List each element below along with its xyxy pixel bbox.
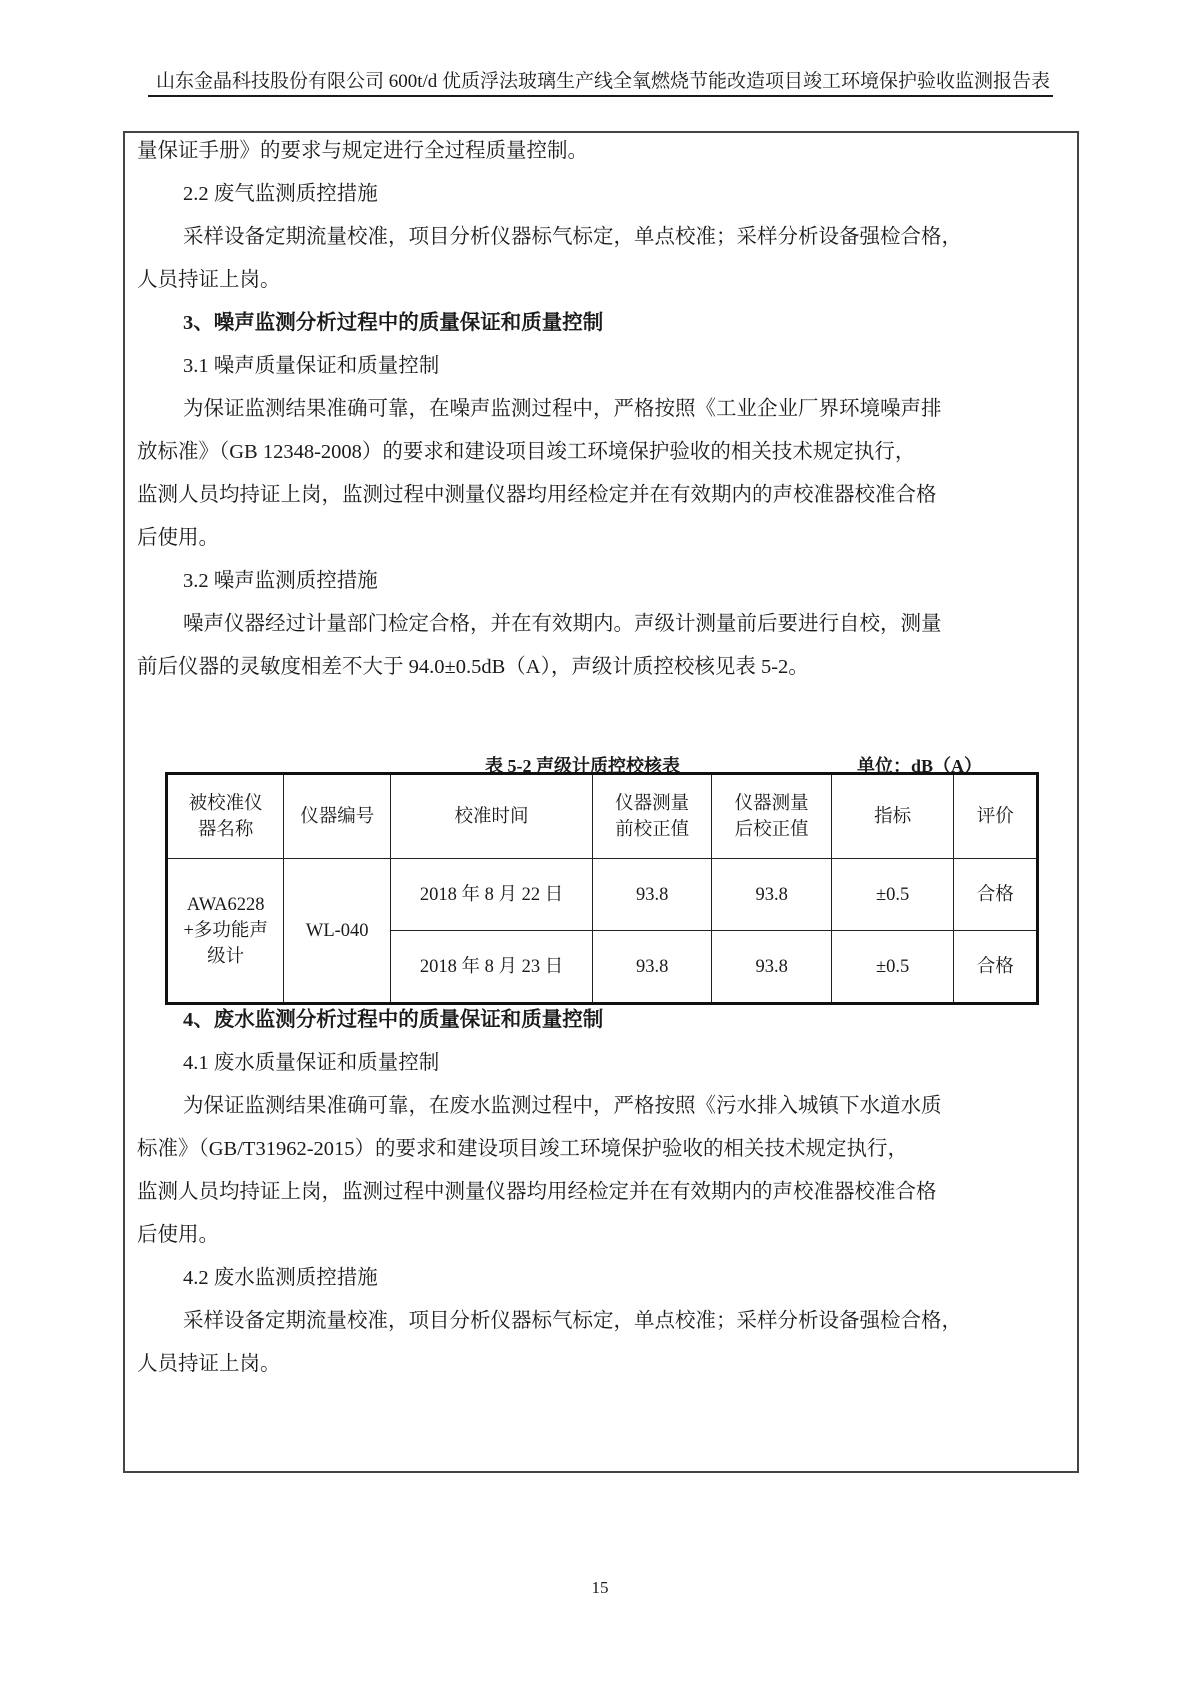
section-4-1-title: 4.1 废水质量保证和质量控制 [183, 1050, 439, 1076]
section-3-1-title: 3.1 噪声质量保证和质量控制 [183, 353, 439, 379]
section-4-1-text-line: 标准》（GB/T31962-2015）的要求和建设项目竣工环境保护验收的相关技术… [137, 1136, 908, 1162]
section-4-1-text-line: 后使用。 [137, 1222, 219, 1248]
table-row: AWA6228 +多功能声 级计 WL-040 2018 年 8 月 22 日 … [167, 859, 1038, 931]
section-3-title: 3、噪声监测分析过程中的质量保证和质量控制 [183, 310, 603, 336]
section-4-2-text-line: 人员持证上岗。 [137, 1351, 281, 1377]
header-calibration-time: 校准时间 [391, 774, 593, 859]
section-3-2-text-line: 噪声仪器经过计量部门检定合格，并在有效期内。声级计测量前后要进行自校，测量 [183, 611, 942, 637]
cell-post-value: 93.8 [712, 931, 831, 1004]
section-3-1-text-line: 后使用。 [137, 525, 219, 551]
sound-level-meter-qc-table: 被校准仪 器名称 仪器编号 校准时间 仪器测量 前校正值 仪器测量 后校正值 指… [165, 772, 1039, 1005]
header-index: 指标 [831, 774, 954, 859]
section-3-2-title: 3.2 噪声监测质控措施 [183, 568, 378, 594]
header-rule [148, 95, 1053, 97]
section-4-2-text-line: 采样设备定期流量校准，项目分析仪器标气标定，单点校准；采样分析设备强检合格， [183, 1308, 962, 1334]
cell-index: ±0.5 [831, 859, 954, 931]
page-header-title: 山东金晶科技股份有限公司 600t/d 优质浮法玻璃生产线全氧燃烧节能改造项目竣… [153, 66, 1053, 93]
content-frame: 量保证手册》的要求与规定进行全过程质量控制。 2.2 废气监测质控措施 采样设备… [123, 131, 1079, 1473]
paragraph-continuation: 量保证手册》的要求与规定进行全过程质量控制。 [137, 138, 588, 164]
cell-calibration-time: 2018 年 8 月 23 日 [391, 931, 593, 1004]
header-instrument-name: 被校准仪 器名称 [167, 774, 284, 859]
cell-calibration-time: 2018 年 8 月 22 日 [391, 859, 593, 931]
header-post-calibration: 仪器测量 后校正值 [712, 774, 831, 859]
section-3-1-text-line: 放标准》（GB 12348-2008）的要求和建设项目竣工环境保护验收的相关技术… [137, 439, 915, 465]
section-4-1-text-line: 为保证监测结果准确可靠，在废水监测过程中，严格按照《污水排入城镇下水道水质 [183, 1093, 942, 1119]
header-pre-calibration: 仪器测量 前校正值 [592, 774, 711, 859]
section-2-2-title: 2.2 废气监测质控措施 [183, 181, 378, 207]
cell-instrument-id: WL-040 [284, 859, 391, 1004]
cell-pre-value: 93.8 [592, 859, 711, 931]
cell-post-value: 93.8 [712, 859, 831, 931]
section-4-title: 4、废水监测分析过程中的质量保证和质量控制 [183, 1007, 603, 1033]
section-4-1-text-line: 监测人员均持证上岗，监测过程中测量仪器均用经检定并在有效期内的声校准器校准合格 [137, 1179, 937, 1205]
section-3-1-text-line: 监测人员均持证上岗，监测过程中测量仪器均用经检定并在有效期内的声校准器校准合格 [137, 482, 937, 508]
header-evaluation: 评价 [954, 774, 1038, 859]
cell-index: ±0.5 [831, 931, 954, 1004]
section-3-1-text-line: 为保证监测结果准确可靠，在噪声监测过程中，严格按照《工业企业厂界环境噪声排 [183, 396, 942, 422]
table-header-row: 被校准仪 器名称 仪器编号 校准时间 仪器测量 前校正值 仪器测量 后校正值 指… [167, 774, 1038, 859]
page-number: 15 [0, 1578, 1200, 1598]
section-3-2-text-line: 前后仪器的灵敏度相差不大于 94.0±0.5dB（A），声级计质控校核见表 5-… [137, 654, 809, 680]
section-2-2-text-line: 采样设备定期流量校准，项目分析仪器标气标定，单点校准；采样分析设备强检合格， [183, 224, 962, 250]
section-2-2-text-line: 人员持证上岗。 [137, 267, 281, 293]
section-4-2-title: 4.2 废水监测质控措施 [183, 1265, 378, 1291]
cell-evaluation: 合格 [954, 859, 1038, 931]
cell-pre-value: 93.8 [592, 931, 711, 1004]
cell-instrument-name: AWA6228 +多功能声 级计 [167, 859, 284, 1004]
cell-evaluation: 合格 [954, 931, 1038, 1004]
header-instrument-id: 仪器编号 [284, 774, 391, 859]
